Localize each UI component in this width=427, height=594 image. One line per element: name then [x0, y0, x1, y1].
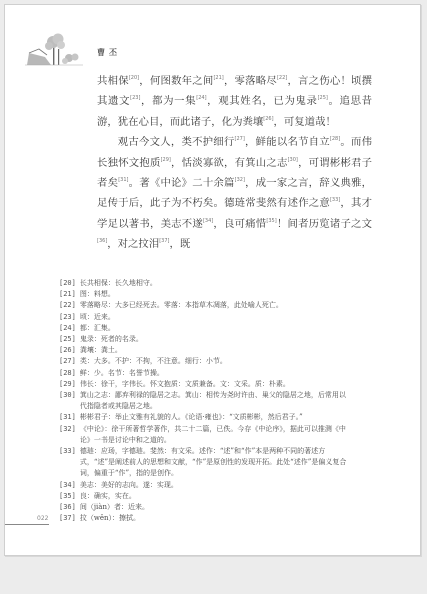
footnote-text: 图：料想。 — [80, 289, 349, 300]
footnote-item: [26]粪壤：粪土。 — [59, 345, 349, 356]
footnote-text: 间（jiàn）者：近来。 — [80, 502, 349, 513]
footnote-item: [27]类：大多。不护：不拘，不注意。细行：小节。 — [59, 356, 349, 367]
footnote-marker[interactable]: [20] — [129, 75, 139, 81]
footnote-text: 长共相保：长久地相守。 — [80, 278, 349, 289]
footnote-number: [34] — [59, 480, 76, 491]
footnote-text: 抆（wěn）：擦拭。 — [80, 513, 349, 524]
footnote-number: [35] — [59, 491, 76, 502]
footnote-text: 鲜：少。名节：名誉节操。 — [80, 368, 349, 379]
body-text-run: ，观其姓名，已为鬼录 — [207, 95, 318, 107]
footnote-text: 彬彬君子：举止文雅有礼貌的人。《论语·雍也》：“文质彬彬，然后君子。” — [80, 412, 349, 423]
footnote-text: 良：确实，实在。 — [80, 491, 349, 502]
footnote-number: [28] — [59, 368, 76, 379]
footnote-number: [26] — [59, 345, 76, 356]
footnote-number: [20] — [59, 278, 76, 289]
body-text: 共相保[20]，何图数年之间[21]，零落略尽[22]，言之伤心！顷撰其遗文[2… — [97, 71, 372, 255]
footnote-marker[interactable]: [29] — [161, 157, 171, 163]
footnote-marker[interactable]: [22] — [277, 75, 287, 81]
footnote-number: [30] — [59, 390, 76, 412]
footnote-item: [30]箕山之志：鄙弃利禄的隐居之志。箕山：相传为尧时许由、巢父的隐居之地，后常… — [59, 390, 349, 412]
footnote-item: [31]彬彬君子：举止文雅有礼貌的人。《论语·雍也》：“文质彬彬，然后君子。” — [59, 412, 349, 423]
footnote-text: 伟长：徐干，字伟长。怀文抱质：文质兼备。文：文采。质：朴素。 — [80, 379, 349, 390]
footnote-marker[interactable]: [37] — [159, 238, 169, 244]
body-text-run: 。著《中论》二十余篇 — [128, 177, 234, 189]
landscape-tree-ink-icon — [25, 31, 85, 67]
footnote-marker[interactable]: [35] — [266, 218, 276, 224]
footnote-item: [32]《中论》：徐干所著哲学著作，共二十二篇，已佚。今存《中论序》，据此可以推… — [59, 424, 349, 446]
footnote-text: 箕山之志：鄙弃利禄的隐居之志。箕山：相传为尧时许由、巢父的隐居之地，后常用以代指… — [80, 390, 349, 412]
footnote-marker[interactable]: [28] — [330, 136, 340, 142]
footnote-number: [33] — [59, 446, 76, 480]
footnote-item: [29]伟长：徐干，字伟长。怀文抱质：文质兼备。文：文采。质：朴素。 — [59, 379, 349, 390]
body-text-run: 观古今文人，类不护细行 — [118, 136, 235, 148]
footnote-number: [37] — [59, 513, 76, 524]
footnote-marker[interactable]: [27] — [235, 136, 245, 142]
body-text-run: 共相保 — [97, 75, 129, 87]
footnote-marker[interactable]: [36] — [97, 238, 107, 244]
footnote-number: [32] — [59, 424, 76, 446]
page-number: 022 — [37, 515, 48, 522]
footnote-number: [25] — [59, 334, 76, 345]
footnote-item: [28]鲜：少。名节：名誉节操。 — [59, 368, 349, 379]
body-text-run: ，零落略尽 — [224, 75, 277, 87]
page-number-rule — [5, 524, 49, 525]
body-text-run: ，何图数年之间 — [139, 75, 213, 87]
footnote-item: [36]间（jiàn）者：近来。 — [59, 502, 349, 513]
footnote-item: [23]顷：近来。 — [59, 312, 349, 323]
footnote-item: [35]良：确实，实在。 — [59, 491, 349, 502]
footnote-text: 鬼录：死者的名录。 — [80, 334, 349, 345]
footnote-item: [33]德琏：应玚，字德琏。斐然：有文采。述作：“述”和“作”本是两种不同的著述… — [59, 446, 349, 480]
footnote-item: [21]图：料想。 — [59, 289, 349, 300]
body-text-run: ，恬淡寡欲，有箕山之志 — [171, 157, 288, 169]
body-text-run: ，鲜能以名节自立 — [245, 136, 330, 148]
body-text-run: ，既 — [169, 238, 190, 250]
footnote-item: [34]美志：美好的志向。遂：实现。 — [59, 480, 349, 491]
footnote-text: 顷：近来。 — [80, 312, 349, 323]
footnote-item: [22]零落略尽：大多已经死去。零落：本指草木凋落，此处喻人死亡。 — [59, 300, 349, 311]
footnote-number: [24] — [59, 323, 76, 334]
footnote-item: [25]鬼录：死者的名录。 — [59, 334, 349, 345]
footnote-marker[interactable]: [33] — [330, 197, 340, 203]
footnote-number: [36] — [59, 502, 76, 513]
footnote-marker[interactable]: [23] — [130, 95, 140, 101]
footnote-item: [37]抆（wěn）：擦拭。 — [59, 513, 349, 524]
footnote-item: [24]都：汇集。 — [59, 323, 349, 334]
footnote-item: [20]长共相保：长久地相守。 — [59, 278, 349, 289]
footnote-marker[interactable]: [31] — [118, 177, 128, 183]
footnote-text: 德琏：应玚，字德琏。斐然：有文采。述作：“述”和“作”本是两种不同的著述方式，“… — [80, 446, 349, 480]
footnote-marker[interactable]: [32] — [235, 177, 245, 183]
author-name: 曹丕 — [97, 47, 121, 58]
footnote-text: 美志：美好的志向。遂：实现。 — [80, 480, 349, 491]
footnote-marker[interactable]: [24] — [196, 95, 206, 101]
footnote-marker[interactable]: [25] — [318, 95, 328, 101]
body-text-run: ，良可痛惜 — [213, 218, 266, 230]
body-text-run: ！间者历览诸子之文 — [277, 218, 372, 230]
footnote-number: [23] — [59, 312, 76, 323]
footnote-marker[interactable]: [26] — [263, 116, 273, 122]
footnote-marker[interactable]: [21] — [213, 75, 223, 81]
footnote-text: 类：大多。不护：不拘，不注意。细行：小节。 — [80, 356, 349, 367]
body-paragraph: 观古今文人，类不护细行[27]，鲜能以名节自立[28]。而伟长独怀文抱质[29]… — [97, 132, 372, 254]
footnote-number: [27] — [59, 356, 76, 367]
footnote-number: [21] — [59, 289, 76, 300]
footnote-text: 《中论》：徐干所著哲学著作，共二十二篇，已佚。今存《中论序》，据此可以推测《中论… — [80, 424, 349, 446]
footnotes: [20]长共相保：长久地相守。[21]图：料想。[22]零落略尽：大多已经死去。… — [59, 278, 349, 524]
body-text-run: ，对之抆泪 — [107, 238, 159, 250]
footnote-number: [31] — [59, 412, 76, 423]
document-page: 曹丕 共相保[20]，何图数年之间[21]，零落略尽[22]，言之伤心！顷撰其遗… — [4, 4, 421, 556]
footnote-text: 都：汇集。 — [80, 323, 349, 334]
footnote-marker[interactable]: [34] — [203, 218, 213, 224]
body-text-run: ，可复道哉！ — [274, 116, 336, 128]
body-text-run: ，都为一集 — [140, 95, 196, 107]
footnote-number: [29] — [59, 379, 76, 390]
footnote-number: [22] — [59, 300, 76, 311]
body-paragraph: 共相保[20]，何图数年之间[21]，零落略尽[22]，言之伤心！顷撰其遗文[2… — [97, 71, 372, 132]
footnote-marker[interactable]: [30] — [288, 157, 298, 163]
footnote-text: 粪壤：粪土。 — [80, 345, 349, 356]
footnote-text: 零落略尽：大多已经死去。零落：本指草木凋落，此处喻人死亡。 — [80, 300, 349, 311]
